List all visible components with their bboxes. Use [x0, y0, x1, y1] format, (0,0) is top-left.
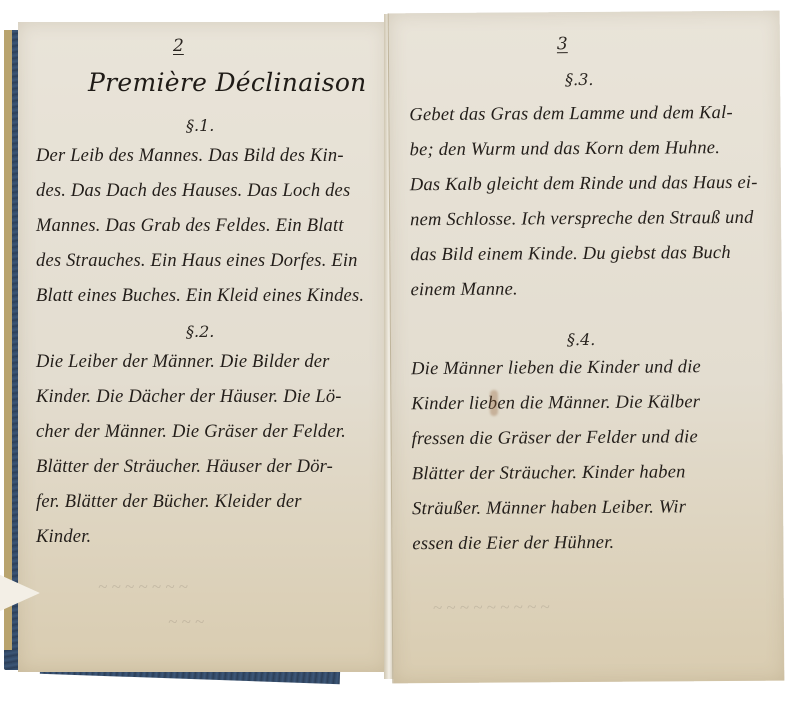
text-line: das Bild einem Kinde. Du giebst das Buch — [410, 243, 731, 266]
text-line: cher der Männer. Die Gräser der Felder. — [36, 422, 346, 443]
page-number-left: 2 — [173, 36, 184, 56]
bleed-through-text: ~ ~ ~ ~ ~ ~ ~ ~ ~ — [433, 597, 550, 618]
bleed-through-text: ~ ~ ~ ~ ~ ~ ~ — [98, 577, 188, 597]
text-line: be; den Wurm und das Korn dem Huhne. — [410, 138, 721, 161]
section-label-2: §.2. — [186, 322, 214, 341]
text-line: des Strauches. Ein Haus eines Dorfes. Ei… — [36, 251, 358, 272]
text-line: Sträußer. Männer haben Leiber. Wir — [412, 497, 686, 520]
page-heading: Première Déclinaison — [88, 68, 367, 97]
text-line: einem Manne. — [411, 279, 518, 301]
text-line: fressen die Gräser der Felder und die — [412, 427, 698, 450]
cover-edge — [4, 30, 12, 650]
text-line: Die Leiber der Männer. Die Bilder der — [36, 352, 330, 373]
text-line: fer. Blätter der Bücher. Kleider der — [36, 492, 302, 513]
section-label-3: §.3. — [565, 70, 593, 89]
ink-stain — [490, 390, 498, 416]
text-line: Blätter der Sträucher. Häuser der Dör- — [36, 457, 333, 478]
section-label-1: §.1. — [186, 116, 214, 135]
text-line: Das Kalb gleicht dem Rinde und das Haus … — [410, 173, 758, 196]
text-line: Blätter der Sträucher. Kinder haben — [412, 462, 686, 485]
text-line: Gebet das Gras dem Lamme und dem Kal- — [409, 103, 733, 126]
text-line: essen die Eier der Hühner. — [412, 533, 614, 555]
text-line: nem Schlosse. Ich verspreche den Strauß … — [410, 208, 754, 231]
text-line: Mannes. Das Grab des Feldes. Ein Blatt — [36, 216, 344, 237]
text-line: Kinder. Die Dächer der Häuser. Die Lö- — [36, 387, 342, 408]
text-line: Der Leib des Mannes. Das Bild des Kin- — [36, 146, 344, 167]
text-line: Kinder lieben die Männer. Die Kälber — [411, 392, 700, 415]
text-line: Kinder. — [36, 527, 91, 548]
section-label-4: §.4. — [567, 330, 595, 349]
right-page: 3 §.3. Gebet das Gras dem Lamme und dem … — [388, 11, 785, 684]
text-line: Die Männer lieben die Kinder und die — [411, 357, 701, 380]
text-line: des. Das Dach des Hauses. Das Loch des — [36, 181, 350, 202]
page-number-right: 3 — [557, 34, 568, 54]
text-line: Blatt eines Buches. Ein Kleid eines Kind… — [36, 286, 364, 307]
left-page: 2 Première Déclinaison §.1. Der Leib des… — [18, 22, 388, 672]
bleed-through-text: ~ ~ ~ — [168, 612, 204, 632]
